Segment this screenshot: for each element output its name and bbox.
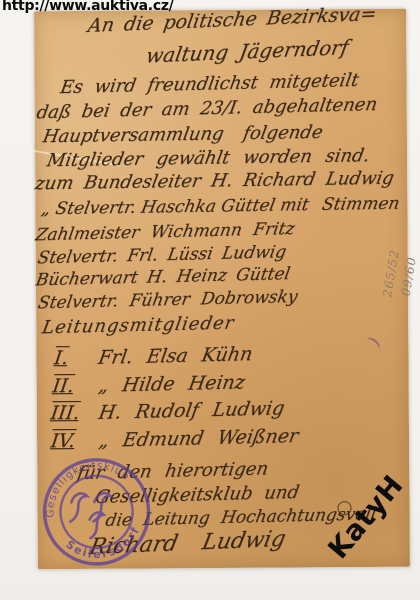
handwriting-segment: „ Stelvertr. Haschka Güttel mit [40, 195, 311, 219]
auction-site-url-watermark: http://www.auktiva.cz/ [2, 0, 174, 14]
handwriting-segment: Stimmen [320, 194, 401, 215]
pencil-inventory-number: 265/52 09/60 [375, 230, 420, 319]
swallow-icon [63, 492, 93, 522]
list-numeral: I. [53, 347, 69, 369]
handwriting-line: Zahlmeister Wichmann Fritz [34, 219, 296, 245]
list-numeral: III. [49, 402, 81, 424]
handwriting-line: „ Stelvertr. Haschka Güttel mit Stimmen [40, 194, 402, 220]
list-item: H. Rudolf Ludwig [97, 397, 286, 424]
address-line: waltung Jägerndorf [144, 35, 350, 68]
handwriting-line: Leitungsmitglieder [40, 313, 236, 339]
handwriting-line: zum Bundesleiter H. Richard Ludwig [33, 168, 395, 195]
swallow-icon [84, 511, 110, 538]
handwriting-line: Stelvertr. Führer Dobrowsky [36, 287, 299, 313]
list-item: „ Hilde Heinz [97, 371, 247, 397]
handwriting-line: Bücherwart H. Heinz Güttel [34, 264, 291, 290]
ink-smudge-mark [363, 335, 382, 353]
list-item: Frl. Elsa Kühn [97, 343, 255, 369]
handwriting-line: daß bei der am 23/I. abgehaltenen [35, 94, 379, 123]
scanned-postcard-photo: http://www.auktiva.cz/ An die politische… [0, 0, 420, 600]
postcard: An die politische Bezirksva= waltung Jäg… [34, 9, 410, 570]
list-numeral: IV. [50, 430, 77, 452]
list-numeral: II. [51, 375, 75, 397]
handwriting-line: Es wird freundlichst mitgeteilt [59, 70, 360, 98]
handwriting-line: Hauptversammlung folgende [41, 122, 324, 147]
handwriting-line: Mitglieder gewählt worden sind. [45, 145, 371, 171]
